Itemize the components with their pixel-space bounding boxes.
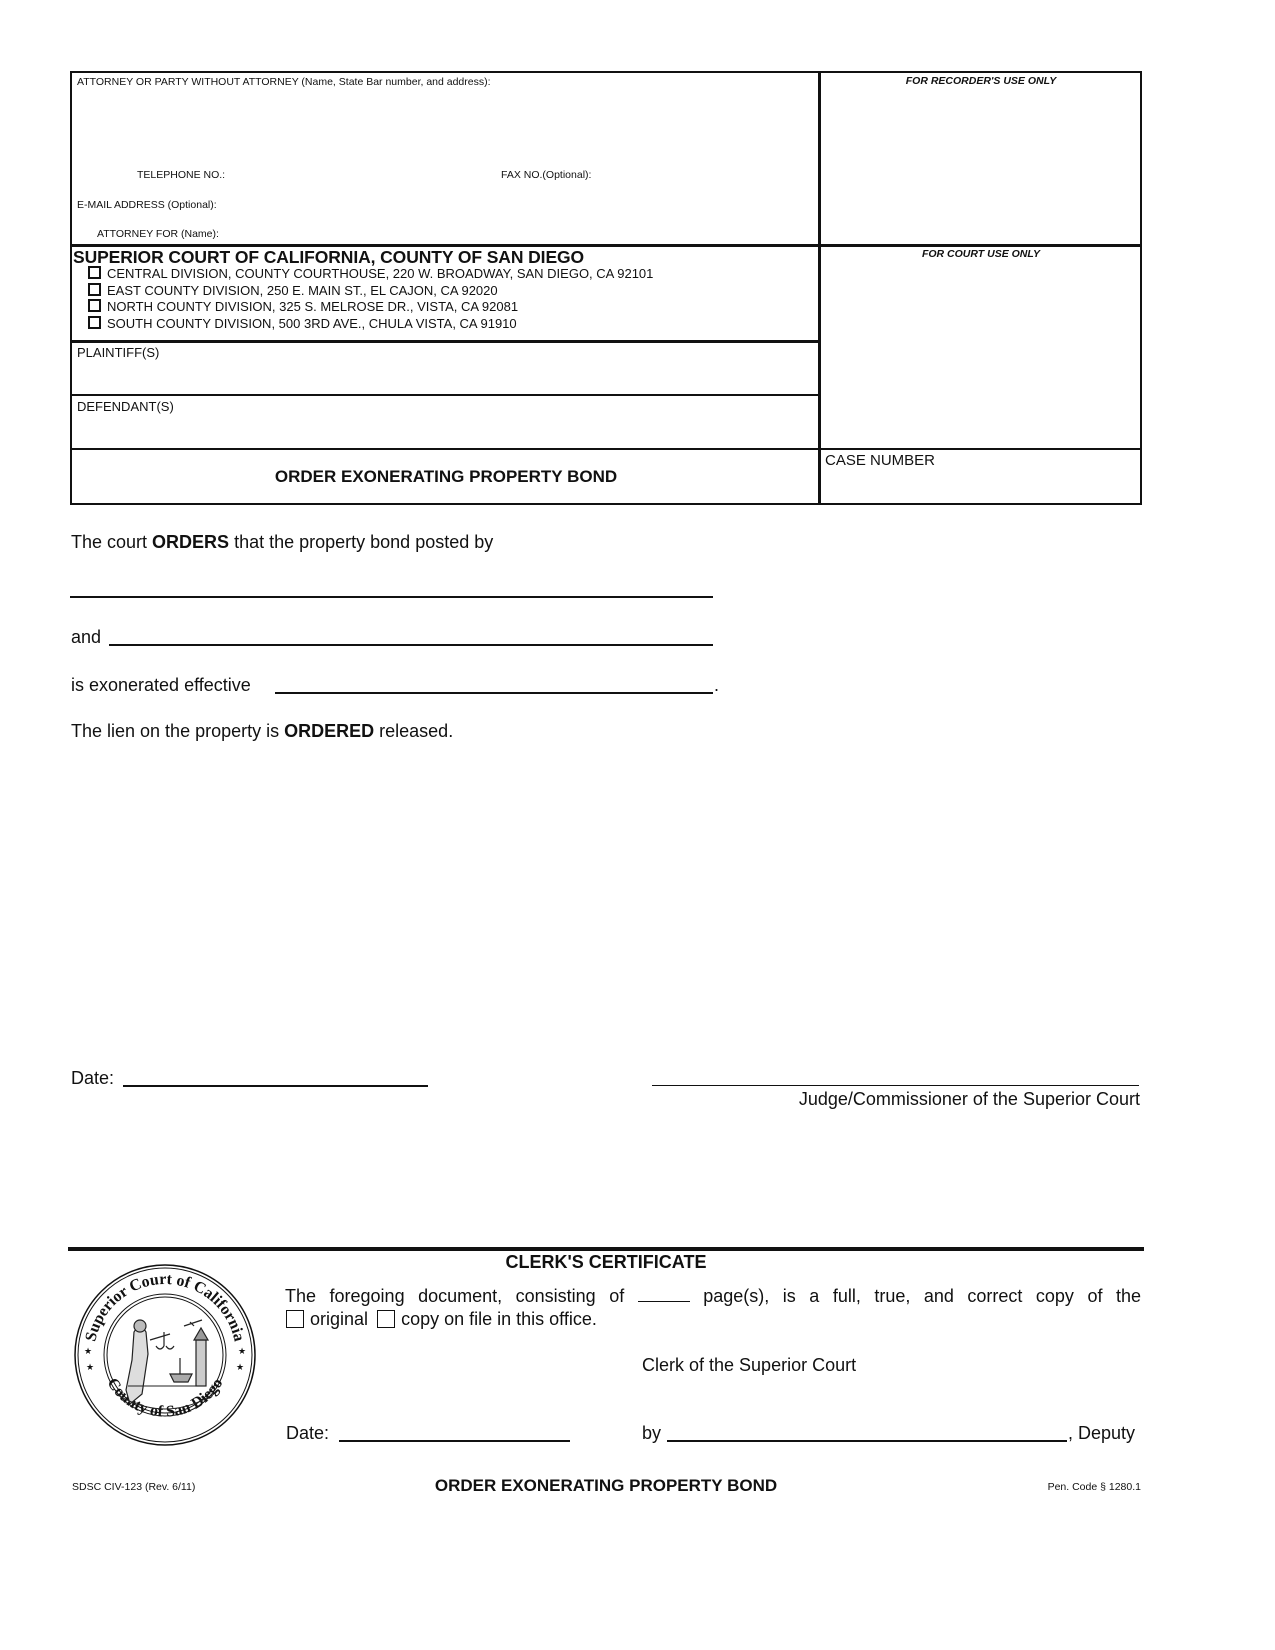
statute-reference: Pen. Code § 1280.1 [940,1481,1141,1493]
copy-type-options: original copy on file in this office. [286,1309,597,1330]
and-label: and [71,627,101,648]
clerk-certificate-rule [68,1247,1144,1251]
division-east[interactable]: EAST COUNTY DIVISION, 250 E. MAIN ST., E… [88,283,653,300]
email-label: E-MAIL ADDRESS (Optional): [77,199,217,211]
checkbox-icon[interactable] [88,316,101,329]
case-number-input[interactable] [825,472,1135,500]
division-central[interactable]: CENTRAL DIVISION, COUNTY COURTHOUSE, 220… [88,266,653,283]
court-seal-icon: Superior Court of California County of S… [72,1262,258,1448]
clerk-certificate-title: CLERK'S CERTIFICATE [286,1252,926,1273]
judge-label: Judge/Commissioner of the Superior Court [652,1089,1140,1110]
by-label: by [642,1423,661,1444]
judge-signature-line[interactable] [652,1085,1139,1086]
checkbox-icon[interactable] [88,266,101,279]
order-date-line[interactable] [123,1085,428,1087]
original-checkbox[interactable] [286,1310,304,1328]
plaintiff-section-bottom-rule [70,394,820,396]
telephone-input[interactable] [240,164,490,184]
deputy-signature-line[interactable] [667,1440,1067,1442]
posted-by-line-1[interactable] [70,596,713,598]
attorney-for-label: ATTORNEY FOR (Name): [97,228,219,240]
division-south[interactable]: SOUTH COUNTY DIVISION, 500 3RD AVE., CHU… [88,316,653,333]
plaintiff-label: PLAINTIFF(S) [77,345,159,360]
page-count-input[interactable] [638,1301,690,1302]
telephone-label: TELEPHONE NO.: [137,169,225,181]
deputy-label: , Deputy [1068,1423,1135,1444]
email-input[interactable] [240,194,812,214]
posted-by-line-2[interactable] [109,644,713,646]
court-use-label: FOR COURT USE ONLY [821,248,1141,260]
division-list: CENTRAL DIVISION, COUNTY COURTHOUSE, 220… [88,266,653,332]
exonerated-label: is exonerated effective [71,675,251,696]
clerk-title-label: Clerk of the Superior Court [642,1355,856,1376]
certificate-statement: The foregoing document, consisting of pa… [285,1286,1141,1307]
case-number-label: CASE NUMBER [825,452,935,469]
defendant-input[interactable] [76,416,812,444]
plaintiff-input[interactable] [76,362,812,390]
checkbox-icon[interactable] [88,299,101,312]
footer-title: ORDER EXONERATING PROPERTY BOND [286,1476,926,1496]
clerk-date-line[interactable] [339,1440,570,1442]
fax-label: FAX NO.(Optional): [501,169,591,181]
court-name: SUPERIOR COURT OF CALIFORNIA, COUNTY OF … [73,247,584,268]
attorney-input[interactable] [76,90,812,160]
form-id: SDSC CIV-123 (Rev. 6/11) [72,1481,195,1493]
checkbox-icon[interactable] [88,283,101,296]
attorney-label: ATTORNEY OR PARTY WITHOUT ATTORNEY (Name… [77,76,491,88]
effective-date-line[interactable] [275,692,713,694]
attorney-for-input[interactable] [240,224,812,242]
form-title: ORDER EXONERATING PROPERTY BOND [72,467,820,487]
copy-checkbox[interactable] [377,1310,395,1328]
lien-statement: The lien on the property is ORDERED rele… [71,721,453,742]
defendant-label: DEFENDANT(S) [77,399,174,414]
svg-text:★: ★ [84,1346,92,1356]
svg-text:★: ★ [86,1362,94,1372]
defendant-section-bottom-rule [70,448,1142,450]
order-date-label: Date: [71,1068,114,1089]
caption-divider [818,71,821,505]
svg-text:★: ★ [236,1362,244,1372]
division-north[interactable]: NORTH COUNTY DIVISION, 325 S. MELROSE DR… [88,299,653,316]
period: . [714,675,719,696]
court-section-bottom-rule [70,340,820,343]
recorders-use-label: FOR RECORDER'S USE ONLY [821,75,1141,87]
fax-input[interactable] [606,164,812,184]
clerk-date-label: Date: [286,1423,329,1444]
order-statement: The court ORDERS that the property bond … [71,532,493,553]
svg-text:★: ★ [238,1346,246,1356]
